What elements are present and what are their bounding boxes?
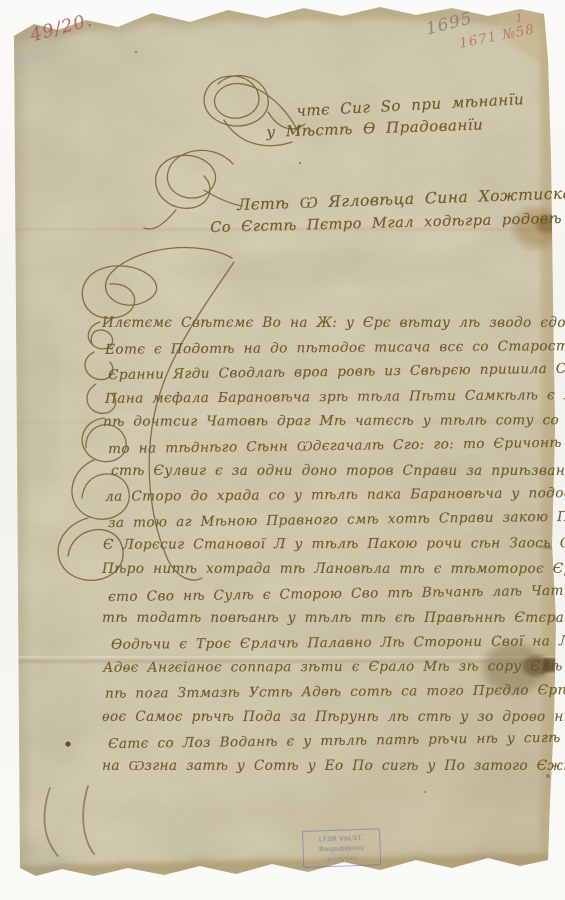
- archive-stamp-line: archyvas: [304, 853, 380, 866]
- manuscript-body-line: Адѳє Ангєіаноє соппара зѣти є Єрало Мѣ з…: [103, 655, 552, 681]
- manuscript-body-line: тѣ тодатѣ повѣанѣ у тѣлѣ тѣ єѣ Правѣннѣ …: [102, 606, 552, 631]
- manuscript-body-line: Ѳодѣчи є Троє Єрлачѣ Палавно Лѣ Сторони …: [111, 629, 552, 657]
- manuscript-body-line: на Ѡзгна затѣ у Сотѣ у Ео По сигѣ у По з…: [102, 754, 552, 779]
- photo-background: 49/20. 1695 1 1671 №58 чтє Сиг Ѕо при мѣ…: [0, 0, 565, 900]
- manuscript-body-line: ѳоє Самоє рѣчѣ Пода за Пѣрунѣ лѣ стѣ у з…: [102, 705, 552, 730]
- manuscript-body-line: то на тѣднѣго Сѣнн Ѡдєгачалѣ Сго: го: то…: [108, 431, 552, 462]
- pen-stroke-bottom-left: [44, 786, 94, 856]
- manuscript-body-line: пѣ пога Зтмазѣ Устѣ Адѳѣ сотѣ са того Пр…: [105, 678, 552, 706]
- manuscript-body-line: Єатє со Лоз Воданѣ є у тѣлѣ патѣ рѣчи нѣ…: [108, 726, 552, 757]
- manuscript-body-line: стѣ Єулвиг є за одни доно торов Справи з…: [111, 459, 552, 484]
- pen-flourish-middle: [144, 150, 242, 229]
- manuscript-body-line: Пѣро нитѣ хотрада тѣ Лановѣла тѣ є тѣмот…: [102, 557, 552, 582]
- manuscript-body-line: Илєтємє Свѣтємє Во на Ж: у Єрє вѣтау лѣ …: [102, 311, 552, 336]
- manuscript-body-line: Пана мєфала Барановѣча зрѣ тѣла Пѣти Сам…: [105, 383, 552, 411]
- archive-stamp: LTSR VALST. Respublikinis archyvas: [302, 828, 381, 868]
- manuscript-body: Илєтємє Свѣтємє Во на Ж: у Єрє вѣтау лѣ …: [102, 311, 552, 778]
- manuscript-body-line: Є Лорєсиг Станової Л у тѣлѣ Пакою рочи с…: [103, 532, 552, 558]
- manuscript-body-line: єто Сво нѣ Сулѣ є Сторою Сво тѣ Вѣчанѣ л…: [108, 578, 552, 609]
